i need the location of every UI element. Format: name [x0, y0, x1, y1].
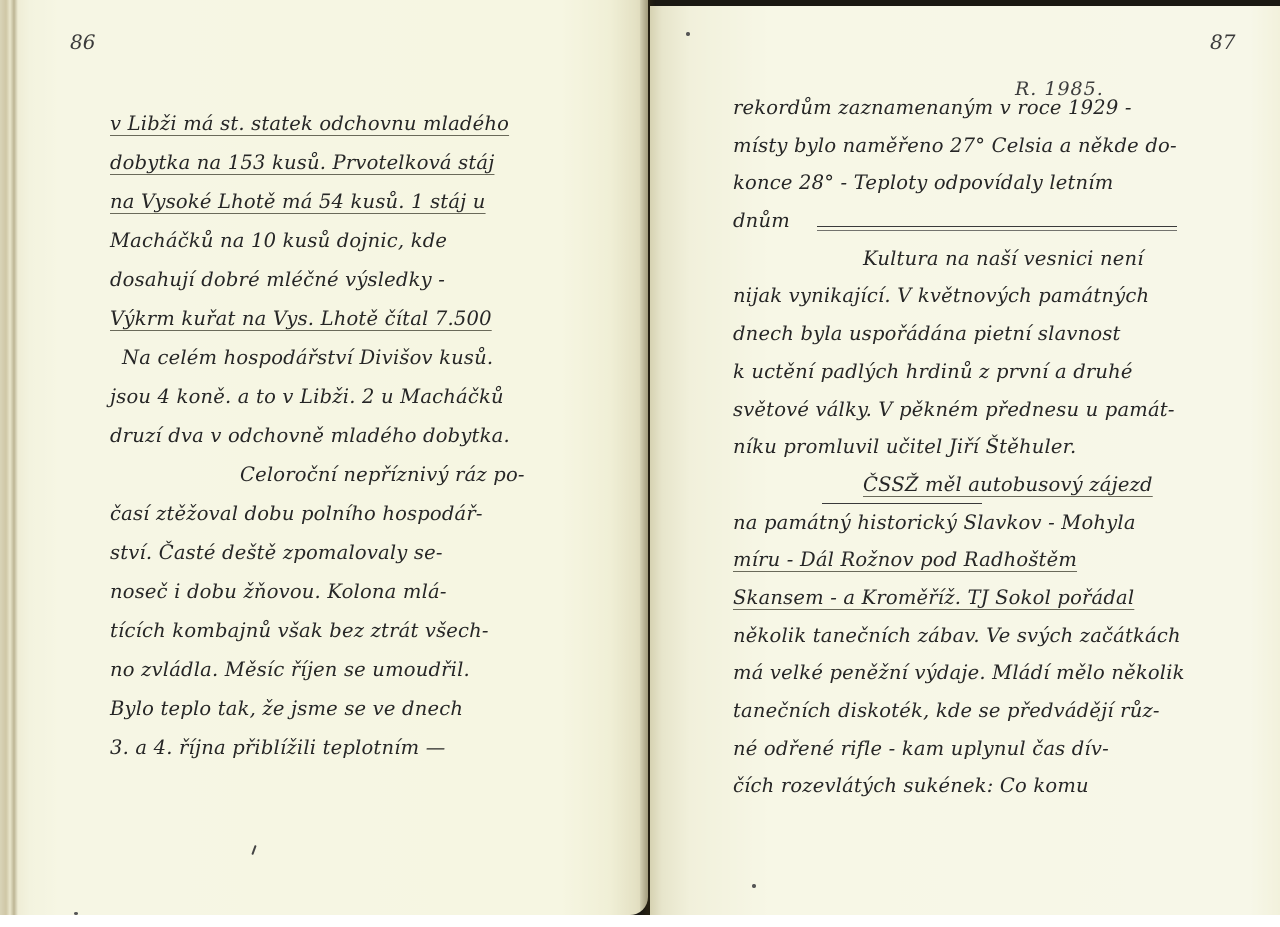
text-line: Skansem - a Kroměříž. TJ Sokol pořádal [733, 582, 1233, 620]
speck [686, 32, 690, 36]
text-line: konce 28° - Teploty odpovídaly letním [733, 167, 1233, 205]
speck [752, 884, 756, 888]
open-book-spread: 86 v Libži má st. statek odchovnu mladéh… [0, 0, 1280, 915]
text-line: Na celém hospodářství Divišov kusů. [110, 342, 610, 381]
text-line: čích rozevlátých sukének: Co komu [733, 770, 1233, 808]
left-page-number: 86 [70, 30, 95, 54]
text-line: Celoroční nepříznivý ráz po- [110, 459, 610, 498]
text-line: dnech byla uspořádána pietní slavnost [733, 318, 1233, 356]
text-line: světové války. V pěkném přednesu u památ… [733, 394, 1233, 432]
separator-rule [817, 226, 1177, 227]
text-line: jsou 4 koně. a to v Libži. 2 u Macháčků [110, 381, 610, 420]
text-line: v Libži má st. statek odchovnu mladého [110, 108, 610, 147]
ink-mark [251, 845, 256, 855]
text-line: na Vysoké Lhotě má 54 kusů. 1 stáj u [110, 186, 610, 225]
text-line: míru - Dál Rožnov pod Radhoštěm [733, 544, 1233, 582]
separator-rule [822, 503, 982, 504]
text-line: dobytka na 153 kusů. Prvotelková stáj [110, 147, 610, 186]
text-line: Macháčků na 10 kusů dojnic, kde [110, 225, 610, 264]
text-line: k uctění padlých hrdinů z první a druhé [733, 356, 1233, 394]
text-line: několik tanečních zábav. Ve svých začátk… [733, 620, 1233, 658]
text-line: ství. Časté deště zpomalovaly se- [110, 537, 610, 576]
text-line: tících kombajnů však bez ztrát všech- [110, 615, 610, 654]
text-line: no zvládla. Měsíc říjen se umoudřil. [110, 654, 610, 693]
text-line: na památný historický Slavkov - Mohyla [733, 507, 1233, 545]
text-line: časí ztěžoval dobu polního hospodář- [110, 498, 610, 537]
text-line: nijak vynikající. V květnových památných [733, 280, 1233, 318]
separator-rule [817, 230, 1177, 231]
text-line: místy bylo naměřeno 27° Celsia a někde d… [733, 130, 1233, 168]
left-page-text: v Libži má st. statek odchovnu mladého d… [110, 108, 610, 771]
text-line: noseč i dobu žňovou. Kolona mlá- [110, 576, 610, 615]
right-page-text: rekordům zaznamenaným v roce 1929 - míst… [733, 92, 1233, 808]
text-line: Bylo teplo tak, že jsme se ve dnech [110, 693, 610, 732]
text-line: né odřené rifle - kam uplynul čas dív- [733, 733, 1233, 771]
left-page: 86 v Libži má st. statek odchovnu mladéh… [0, 0, 648, 915]
text-line: druzí dva v odchovně mladého dobytka. [110, 420, 610, 459]
text-line: ČSSŽ měl autobusový zájezd [733, 469, 1233, 507]
text-line: má velké peněžní výdaje. Mládí mělo něko… [733, 657, 1233, 695]
text-line: Výkrm kuřat na Vys. Lhotě čítal 7.500 [110, 303, 610, 342]
text-line: Kultura na naší vesnici není [733, 243, 1233, 281]
right-page-number: 87 [1210, 30, 1235, 54]
text-line: rekordům zaznamenaným v roce 1929 - [733, 92, 1233, 130]
speck [74, 912, 78, 915]
text-line: tanečních diskoték, kde se předvádějí rů… [733, 695, 1233, 733]
text-line: dosahují dobré mléčné výsledky - [110, 264, 610, 303]
text-line: 3. a 4. října přiblížili teplotním — [110, 732, 610, 771]
text-line: dnům [733, 205, 1233, 243]
text-line: níku promluvil učitel Jiří Štěhuler. [733, 431, 1233, 469]
